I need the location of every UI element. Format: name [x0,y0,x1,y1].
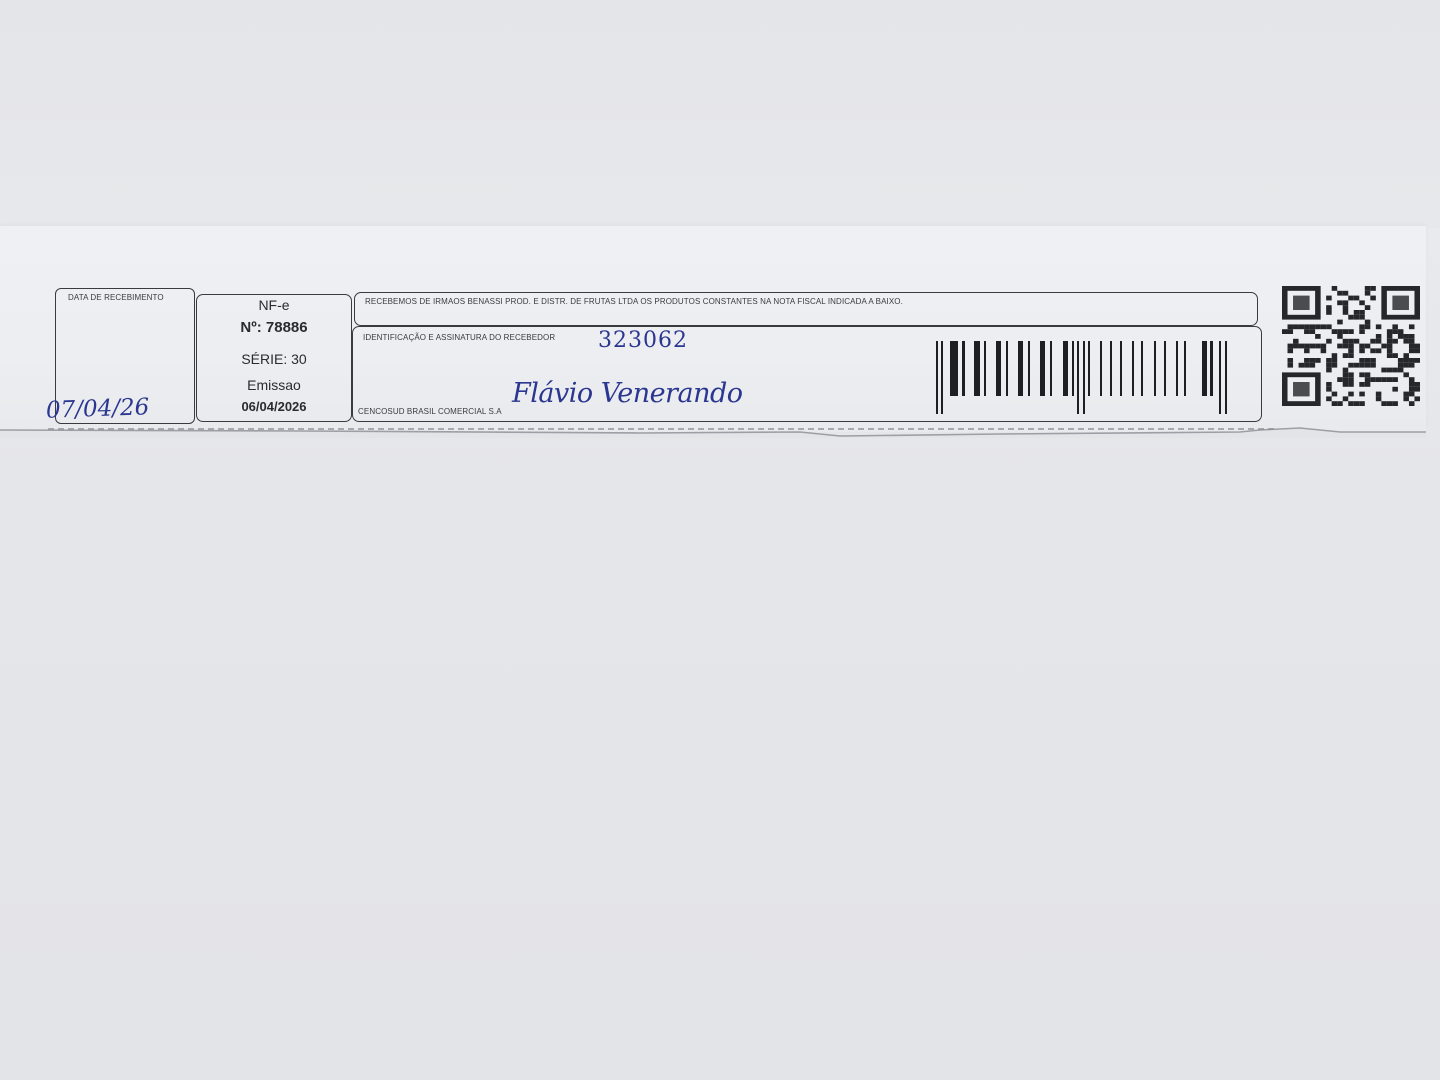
receipt-date-label: DATA DE RECEBIMENTO [68,293,164,302]
recipient-signature: Flávio Venerando [512,378,743,409]
nfe-issue-date: 06/04/2026 [197,399,351,414]
perforation-line [48,428,1278,430]
nfe-info-box: NF-e Nº: 78886 SÉRIE: 30 Emissao 06/04/2… [196,294,352,422]
declaration-box: RECEBEMOS DE IRMAOS BENASSI PROD. E DIST… [354,292,1258,326]
recipient-company-name: CENCOSUD BRASIL COMERCIAL S.A [358,407,502,416]
nfe-title: NF-e [197,297,351,313]
barcode-icon [936,341,1236,414]
nfe-number: Nº: 78886 [197,319,351,336]
recipient-identification-label: IDENTIFICAÇÃO E ASSINATURA DO RECEBEDOR [363,333,555,342]
background-surface [0,0,1440,228]
handwritten-receipt-date: 07/04/26 [46,394,150,424]
declaration-text: RECEBEMOS DE IRMAOS BENASSI PROD. E DIST… [365,297,903,306]
qr-code-icon [1282,286,1420,406]
nfe-series: SÉRIE: 30 [197,351,351,367]
nfe-issue-label: Emissao [197,377,351,393]
handwritten-recipient-id: 323062 [598,328,688,353]
